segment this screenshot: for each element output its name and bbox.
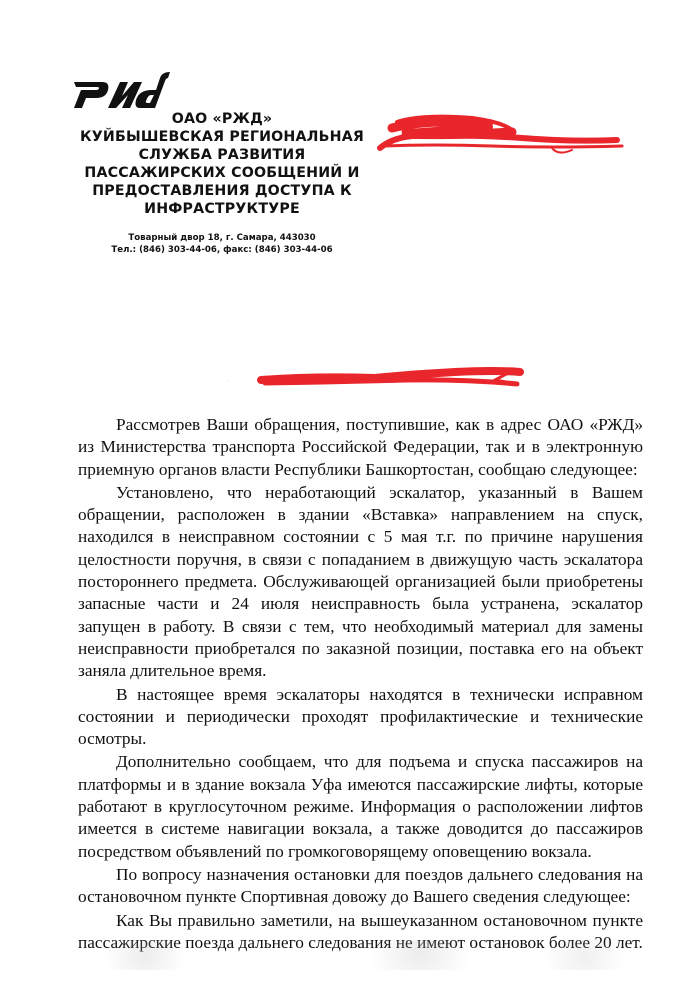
org-name-line: ПРЕДОСТАВЛЕНИЯ ДОСТУПА К — [72, 182, 372, 200]
org-name-line: ИНФРАСТРУКТУРЕ — [72, 200, 372, 218]
letterhead: ОАО «РЖД» КУЙБЫШЕВСКАЯ РЕГИОНАЛЬНАЯ СЛУЖ… — [72, 110, 372, 256]
org-name-line: ОАО «РЖД» — [72, 110, 372, 128]
address-line: Товарный двор 18, г. Самара, 443030 — [72, 232, 372, 244]
paragraph: В настоящее время эскалаторы находятся в… — [78, 684, 643, 751]
paragraph: Рассмотрев Ваши обращения, поступившие, … — [78, 414, 643, 481]
paragraph: По вопросу назначения остановки для поез… — [78, 864, 643, 909]
phone-line: Тел.: (846) 303-44-06, факс: (846) 303-4… — [72, 244, 372, 256]
faint-scan-artifact — [90, 940, 640, 970]
org-name-line: СЛУЖБА РАЗВИТИЯ — [72, 146, 372, 164]
org-name-line: ПАССАЖИРСКИХ СООБЩЕНИЙ И — [72, 164, 372, 182]
letter-body: Рассмотрев Ваши обращения, поступившие, … — [78, 414, 643, 954]
rzd-logo — [72, 68, 172, 110]
paragraph: Установлено, что неработающий эскалатор,… — [78, 482, 643, 683]
redacted-salutation — [255, 366, 525, 392]
org-name-line: КУЙБЫШЕВСКАЯ РЕГИОНАЛЬНАЯ — [72, 128, 372, 146]
org-address: Товарный двор 18, г. Самара, 443030 Тел.… — [72, 232, 372, 256]
salutation-ghost-text: · — [226, 377, 229, 386]
redacted-recipient — [372, 110, 632, 160]
paragraph: Дополнительно сообщаем, что для подъема … — [78, 751, 643, 862]
